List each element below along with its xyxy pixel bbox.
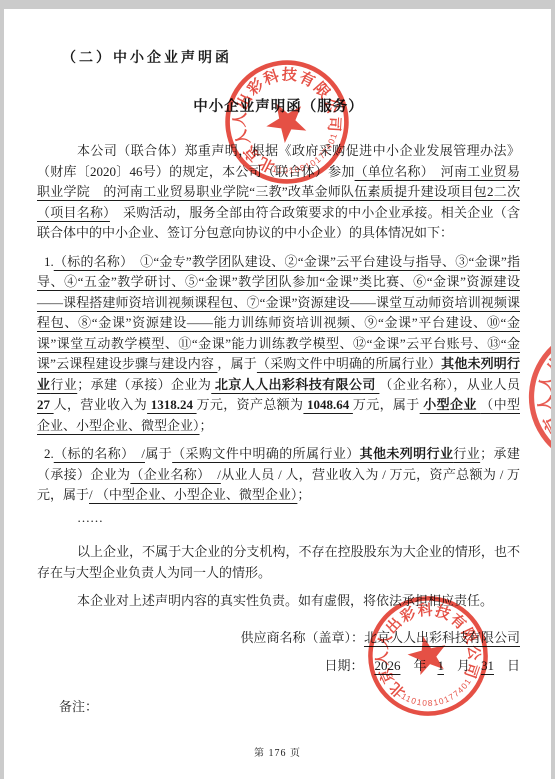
text-segment: （标的名称） ①“金专”教学团队建设、②“金课”云平台建设与指导、③“金课”指导…: [37, 254, 520, 372]
text-segment: （采购文件中明确的所属行业）: [172, 446, 359, 461]
date-row: 日期：2026年1月31日: [37, 656, 520, 677]
month-unit: 月: [455, 658, 470, 673]
paragraph: ……: [37, 508, 520, 529]
text-segment: 属于: [145, 446, 172, 461]
text-segment: 其他未列明行业: [360, 446, 454, 461]
year-unit: 年: [411, 658, 426, 673]
text-segment: 行业: [50, 377, 77, 392]
text-segment: （企业名称） /: [130, 467, 220, 482]
document-title: 中小企业声明函（服务）: [37, 97, 520, 118]
paragraph: 本企业对上述声明内容的真实性负责。如有虚假，将依法承担相应责任。: [37, 591, 520, 612]
text-segment: 1318.24: [147, 397, 196, 412]
date-month: 1: [426, 658, 455, 673]
text-segment: / （中型企业、小型企业、微型企业）: [89, 487, 297, 502]
section-heading: （二）中小企业声明函: [62, 49, 520, 70]
text-segment: ……: [77, 510, 103, 525]
text-segment: 人，营业收入为: [54, 397, 147, 412]
supplier-signature-row: 供应商名称（盖章）：北京人人出彩科技有限公司: [37, 628, 520, 649]
text-segment: （企业名称），从业人员: [379, 377, 520, 392]
text-segment: 27: [37, 397, 54, 412]
text-segment: 1.: [44, 254, 54, 269]
paragraph: 以上企业，不属于大企业的分支机构，不存在控股股东为大企业的情形，也不存在与大型企…: [37, 542, 520, 583]
text-segment: 万元，属于: [353, 397, 420, 412]
text-segment: 2.: [44, 446, 54, 461]
remark-label: 备注：: [59, 697, 520, 718]
date-day: 31: [470, 658, 505, 673]
date-label: 日期：: [324, 658, 363, 673]
paragraph: 本公司（联合体）郑重声明，根据《政府采购促进中小企业发展管理办法》（财库〔202…: [37, 141, 520, 244]
day-unit: 日: [505, 658, 520, 673]
text-segment: 以上企业，不属于大企业的分支机构，不存在控股股东为大企业的情形，也不存在与大型企…: [37, 544, 520, 580]
text-segment: （采购文件中明确的所属行业）: [257, 356, 441, 371]
text-segment: 北京人人出彩科技有限公司: [211, 377, 379, 392]
declaration-body: 本公司（联合体）郑重声明，根据《政府采购促进中小企业发展管理办法》（财库〔202…: [37, 141, 520, 612]
supplier-name: 北京人人出彩科技有限公司: [364, 630, 520, 645]
text-segment: 1048.64: [303, 397, 352, 412]
text-segment: 小型企业: [420, 397, 481, 412]
document-viewport: （二）中小企业声明函 中小企业声明函（服务） 本公司（联合体）郑重声明，根据《政…: [0, 0, 555, 779]
text-segment: ；: [200, 418, 213, 433]
paragraph: 1.（标的名称） ①“金专”教学团队建设、②“金课”云平台建设与指导、③“金课”…: [37, 252, 520, 437]
text-segment: ；: [297, 487, 310, 502]
text-segment: ；承建（承接）企业为: [77, 377, 211, 392]
date-year: 2026: [363, 658, 411, 673]
text-segment: 采购活动，服务全部由符合政策要求的中小企业承接。相关企业（含联合体中的中小企业、…: [37, 205, 520, 241]
text-segment: 行业: [453, 446, 480, 461]
page-content: （二）中小企业声明函 中小企业声明函（服务） 本公司（联合体）郑重声明，根据《政…: [4, 49, 551, 717]
text-segment: 万元，资产总额为: [197, 397, 304, 412]
text-segment: （标的名称） /: [54, 446, 145, 461]
document-page: （二）中小企业声明函 中小企业声明函（服务） 本公司（联合体）郑重声明，根据《政…: [4, 9, 551, 779]
text-segment: ，属于: [217, 356, 256, 371]
page-number: 第 176 页: [4, 744, 551, 759]
text-segment: 本企业对上述声明内容的真实性负责。如有虚假，将依法承担相应责任。: [77, 593, 493, 608]
supplier-label: 供应商名称（盖章）：: [240, 630, 364, 645]
paragraph: 2.（标的名称） /属于（采购文件中明确的所属行业）其他未列明行业行业；承建（承…: [37, 444, 520, 506]
